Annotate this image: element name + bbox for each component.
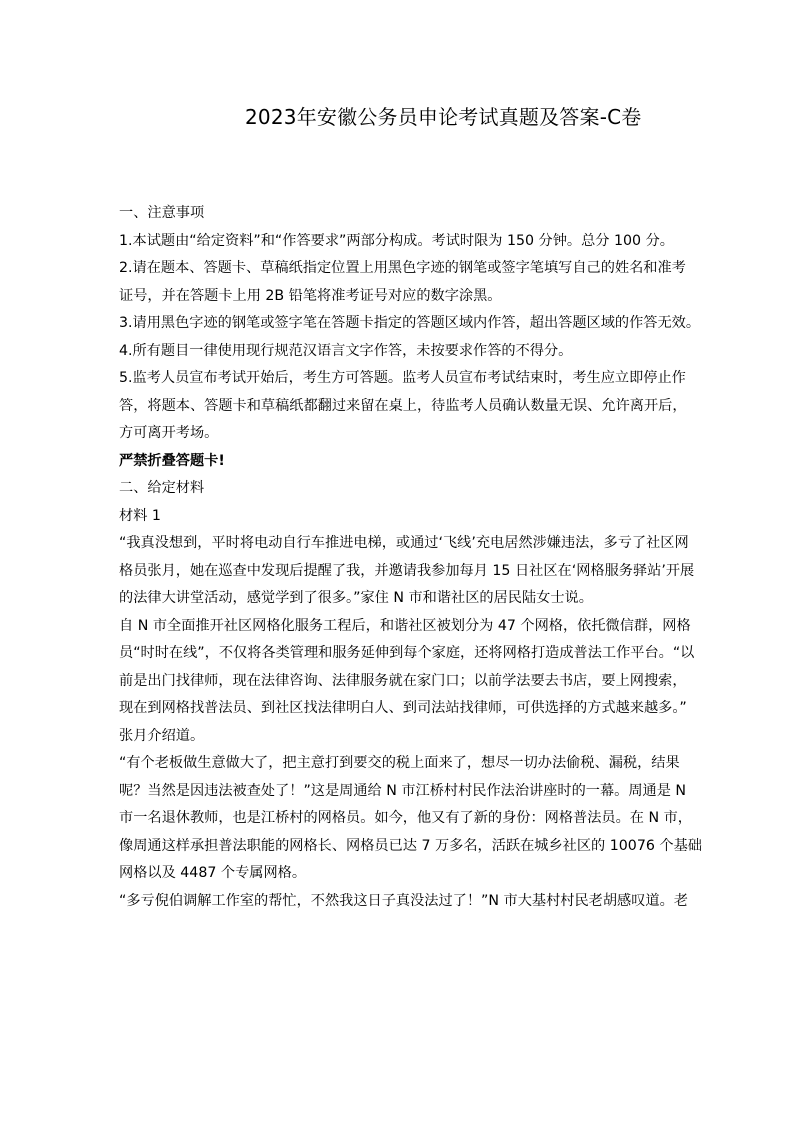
paragraph-line: 像周通这样承担普法职能的网格长、网格员已达 7 万多名，活跃在城乡社区的 100…	[119, 833, 705, 861]
section-heading-materials: 二、给定材料	[119, 475, 705, 503]
material-1-heading: 材料 1	[119, 503, 705, 531]
note-1: 1.本试题由“给定资料”和“作答要求”两部分构成。考试时限为 150 分钟。总分…	[119, 228, 705, 256]
paragraph-line: 员“时时在线”，不仅将各类管理和服务延伸到每个家庭，还将网格打造成普法工作平台。…	[119, 640, 705, 668]
document-title: 2023年安徽公务员申论考试真题及答案-C卷	[245, 103, 641, 131]
note-5-cont: 方可离开考场。	[119, 420, 705, 448]
note-4: 4.所有题目一律使用现行规范汉语言文字作答，未按要求作答的不得分。	[119, 338, 705, 366]
warning-no-fold: 严禁折叠答题卡!	[119, 448, 705, 476]
document-page: 2023年安徽公务员申论考试真题及答案-C卷 一、注意事项 1.本试题由“给定资…	[0, 0, 794, 1122]
paragraph-line: 自 N 市全面推开社区网格化服务工程后，和谐社区被划分为 47 个网格，依托微信…	[119, 613, 705, 641]
paragraph-line: 的法律大讲堂活动，感觉学到了很多。”家住 N 市和谐社区的居民陆女士说。	[119, 585, 705, 613]
note-2-cont: 证号，并在答题卡上用 2B 铅笔将准考证号对应的数字涂黑。	[119, 283, 705, 311]
paragraph-line: 张月介绍道。	[119, 723, 705, 751]
paragraph-line: 市一名退休教师，也是江桥村的网格员。如今，他又有了新的身份：网格普法员。在 N …	[119, 805, 705, 833]
paragraph-line: “多亏倪伯调解工作室的帮忙，不然我这日子真没法过了！”N 市大基村村民老胡感叹道…	[119, 888, 705, 916]
paragraph-line: 前是出门找律师，现在法律咨询、法律服务就在家门口；以前学法要去书店，要上网搜索，	[119, 668, 705, 696]
note-5-cont: 答，将题本、答题卡和草稿纸都翻过来留在桌上，待监考人员确认数量无误、允许离开后，	[119, 393, 705, 421]
paragraph-line: 网格以及 4487 个专属网格。	[119, 860, 705, 888]
paragraph-line: 格员张月，她在巡查中发现后提醒了我，并邀请我参加每月 15 日社区在‘网格服务驿…	[119, 558, 705, 586]
paragraph-line: “我真没想到，平时将电动自行车推进电梯，或通过‘飞线’充电居然涉嫌违法，多亏了社…	[119, 530, 705, 558]
section-heading-notes: 一、注意事项	[119, 200, 705, 228]
paragraph-line: 现在到网格找普法员、到社区找法律明白人、到司法站找律师，可供选择的方式越来越多。…	[119, 695, 705, 723]
document-body: 一、注意事项 1.本试题由“给定资料”和“作答要求”两部分构成。考试时限为 15…	[119, 200, 705, 915]
paragraph-line: “有个老板做生意做大了，把主意打到要交的税上面来了，想尽一切办法偷税、漏税，结果	[119, 750, 705, 778]
note-2: 2.请在题本、答题卡、草稿纸指定位置上用黑色字迹的钢笔或签字笔填写自己的姓名和准…	[119, 255, 705, 283]
note-5: 5.监考人员宣布考试开始后，考生方可答题。监考人员宣布考试结束时，考生应立即停止…	[119, 365, 705, 393]
paragraph-line: 呢？当然是因违法被查处了！”这是周通给 N 市江桥村村民作法治讲座时的一幕。周通…	[119, 778, 705, 806]
note-3: 3.请用黑色字迹的钢笔或签字笔在答题卡指定的答题区域内作答，超出答题区域的作答无…	[119, 310, 705, 338]
